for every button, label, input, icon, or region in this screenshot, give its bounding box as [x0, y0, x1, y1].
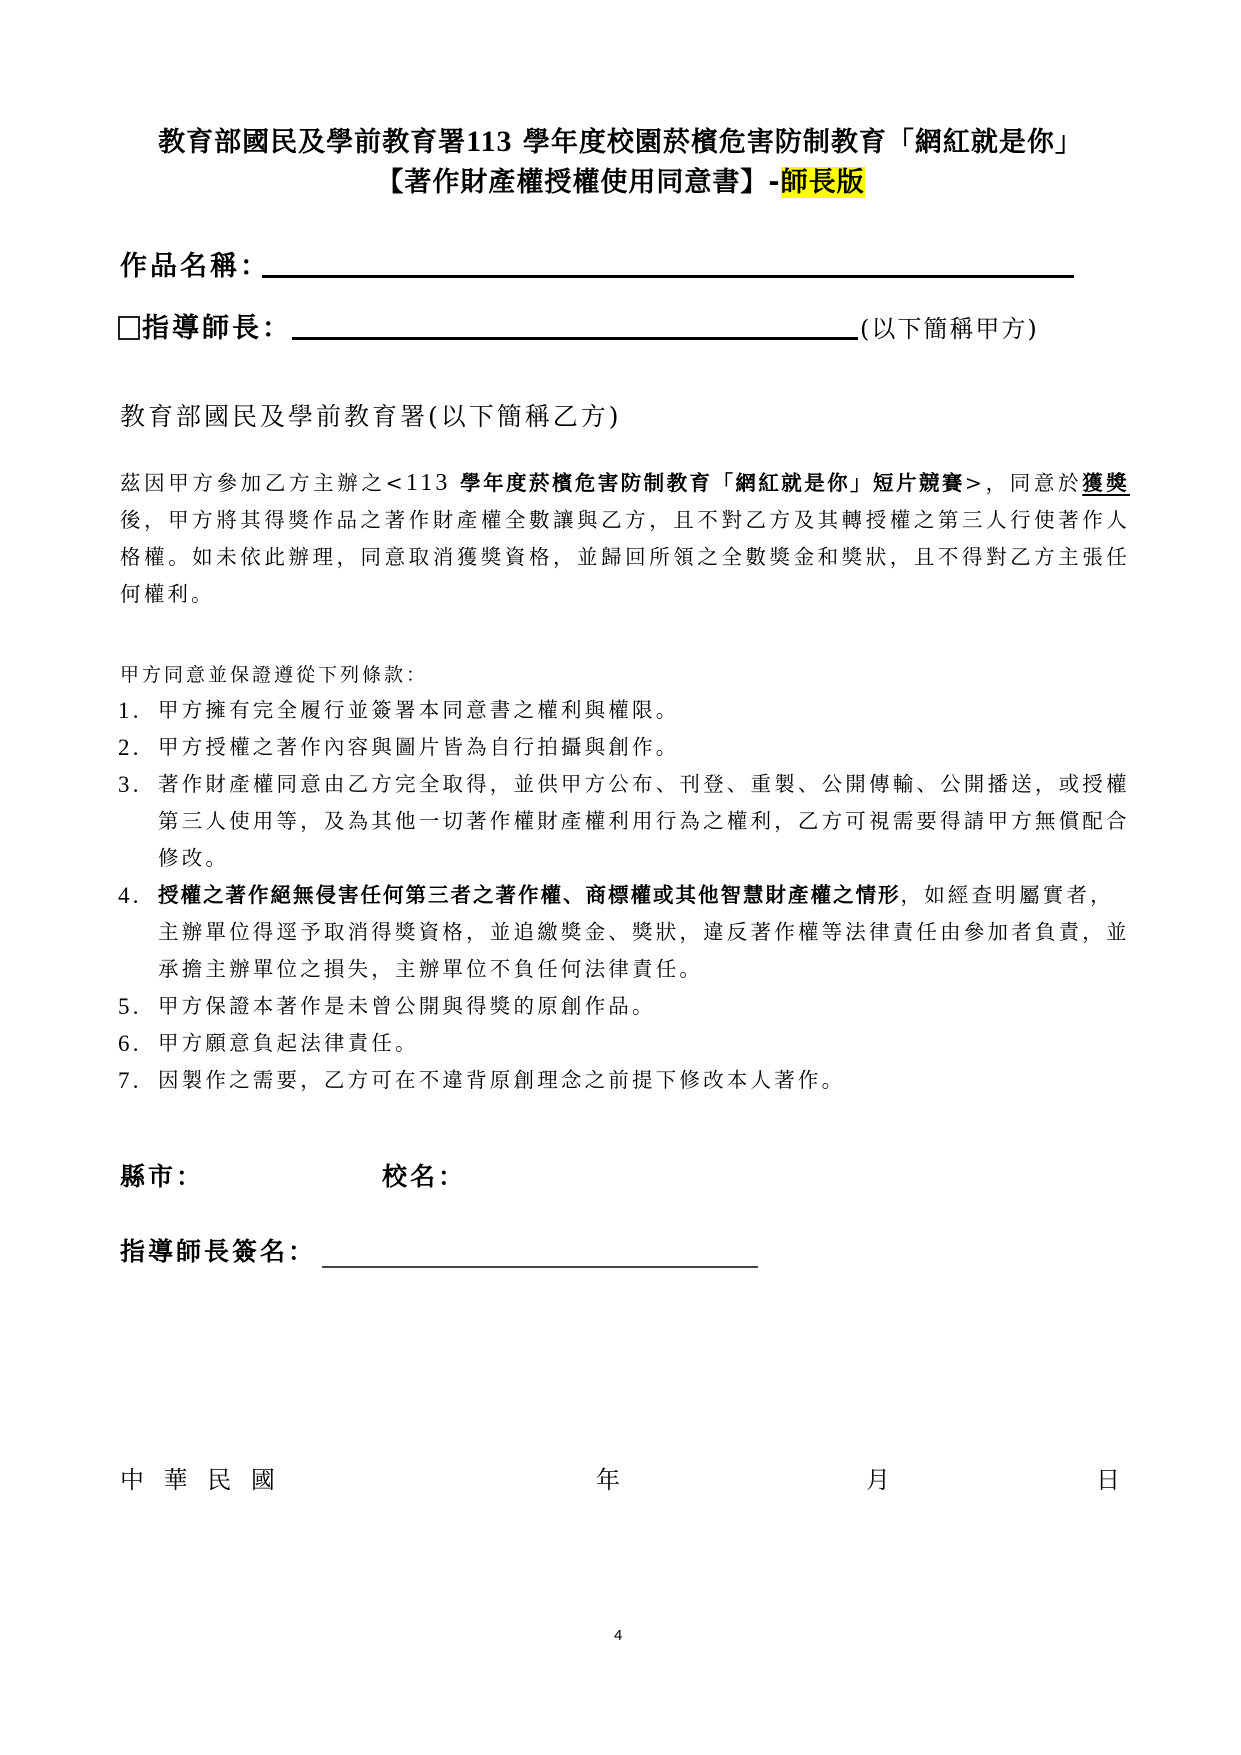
- page-number: 4: [614, 1627, 622, 1644]
- title-prefix: 教育部國民及學前教育署: [158, 127, 466, 158]
- advisor-signature-field[interactable]: [322, 1236, 758, 1268]
- advisor-checkbox[interactable]: [118, 316, 140, 340]
- clause-number: 1.: [118, 692, 142, 729]
- agreement-paragraph: 茲因甲方參加乙方主辦之<113 學年度菸檳危害防制教育「網紅就是你」短片競賽>，…: [120, 465, 1130, 613]
- date-day-label: 日: [1096, 1460, 1120, 1495]
- clause-item: 7.因製作之需要，乙方可在不違背原創理念之前提下修改本人著作。: [118, 1062, 1130, 1099]
- document-title-line1: 教育部國民及學前教育署113 學年度校園菸檳危害防制教育「網紅就是你」: [0, 120, 1241, 159]
- school-field[interactable]: [470, 1157, 870, 1189]
- advisor-row: 指導師長：: [118, 306, 292, 345]
- date-month-label: 月: [866, 1460, 890, 1495]
- advisor-name-field[interactable]: [292, 306, 858, 340]
- agreement-year: 113: [406, 470, 451, 496]
- clause-number: 5.: [118, 988, 142, 1025]
- county-field[interactable]: [210, 1157, 370, 1189]
- clause-text: 甲方授權之著作內容與圖片皆為自行拍攝與創作。: [158, 729, 1130, 766]
- clauses-intro: 甲方同意並保證遵從下列條款：: [120, 660, 428, 687]
- clause-item: 6.甲方願意負起法律責任。: [118, 1025, 1130, 1062]
- clause-number: 4.: [118, 877, 142, 914]
- clause-number: 7.: [118, 1062, 142, 1099]
- advisor-label: 指導師長：: [142, 313, 292, 344]
- clause-number: 2.: [118, 729, 142, 766]
- clause-item: 4.授權之著作絕無侵害任何第三者之著作權、商標權或其他智慧財產權之情形，如經查明…: [118, 877, 1130, 988]
- advisor-suffix: (以下簡稱甲方): [860, 309, 1039, 344]
- clause-text: 授權之著作絕無侵害任何第三者之著作權、商標權或其他智慧財產權之情形，如經查明屬實…: [158, 877, 1130, 988]
- clause-text: 甲方擁有完全履行並簽署本同意書之權利與權限。: [158, 692, 1130, 729]
- clause-item: 1.甲方擁有完全履行並簽署本同意書之權利與權限。: [118, 692, 1130, 729]
- clause-item: 3.著作財產權同意由乙方完全取得，並供甲方公布、刊登、重製、公開傳輸、公開播送，…: [118, 766, 1130, 877]
- title-highlight-version: 師長版: [781, 167, 865, 198]
- agreement-text-a: 茲因甲方參加乙方主辦之<: [120, 471, 406, 495]
- title-main: 【著作財產權授權使用同意書】-: [376, 167, 780, 198]
- document-title-line2: 【著作財產權授權使用同意書】-師長版: [0, 160, 1241, 199]
- agreement-text-b: >，同意於: [965, 471, 1082, 495]
- clause-bold-text: 授權之著作絕無侵害任何第三者之著作權、商標權或其他智慧財產權之情形: [158, 883, 901, 907]
- competition-name: 學年度菸檳危害防制教育「網紅就是你」短片競賽: [451, 471, 965, 495]
- party-b-statement: 教育部國民及學前教育署(以下簡稱乙方): [120, 397, 622, 433]
- title-suffix: 學年度校園菸檳危害防制教育「網紅就是你」: [523, 127, 1083, 158]
- date-year-label: 年: [596, 1460, 620, 1495]
- title-year: 113: [466, 125, 512, 158]
- school-label: 校名：: [382, 1157, 466, 1193]
- clause-item: 5.甲方保證本著作是未曾公開與得獎的原創作品。: [118, 988, 1130, 1025]
- work-name-field[interactable]: [262, 244, 1074, 278]
- clause-number: 3.: [118, 766, 142, 803]
- clause-item: 2.甲方授權之著作內容與圖片皆為自行拍攝與創作。: [118, 729, 1130, 766]
- clause-number: 6.: [118, 1025, 142, 1062]
- agreement-text-c: 後，甲方將其得獎作品之著作財產權全數讓與乙方，且不對乙方及其轉授權之第三人行使著…: [120, 508, 1130, 606]
- clause-text: 著作財產權同意由乙方完全取得，並供甲方公布、刊登、重製、公開傳輸、公開播送，或授…: [158, 766, 1130, 877]
- work-name-label: 作品名稱：: [120, 244, 270, 283]
- advisor-signature-label: 指導師長簽名：: [120, 1232, 316, 1268]
- clause-text: 因製作之需要，乙方可在不違背原創理念之前提下修改本人著作。: [158, 1062, 1130, 1099]
- award-emphasis: 獲獎: [1082, 471, 1130, 495]
- clause-text: 甲方保證本著作是未曾公開與得獎的原創作品。: [158, 988, 1130, 1025]
- county-label: 縣市：: [120, 1157, 204, 1193]
- date-era: 中 華 民 國: [120, 1460, 281, 1495]
- clause-text: 甲方願意負起法律責任。: [158, 1025, 1130, 1062]
